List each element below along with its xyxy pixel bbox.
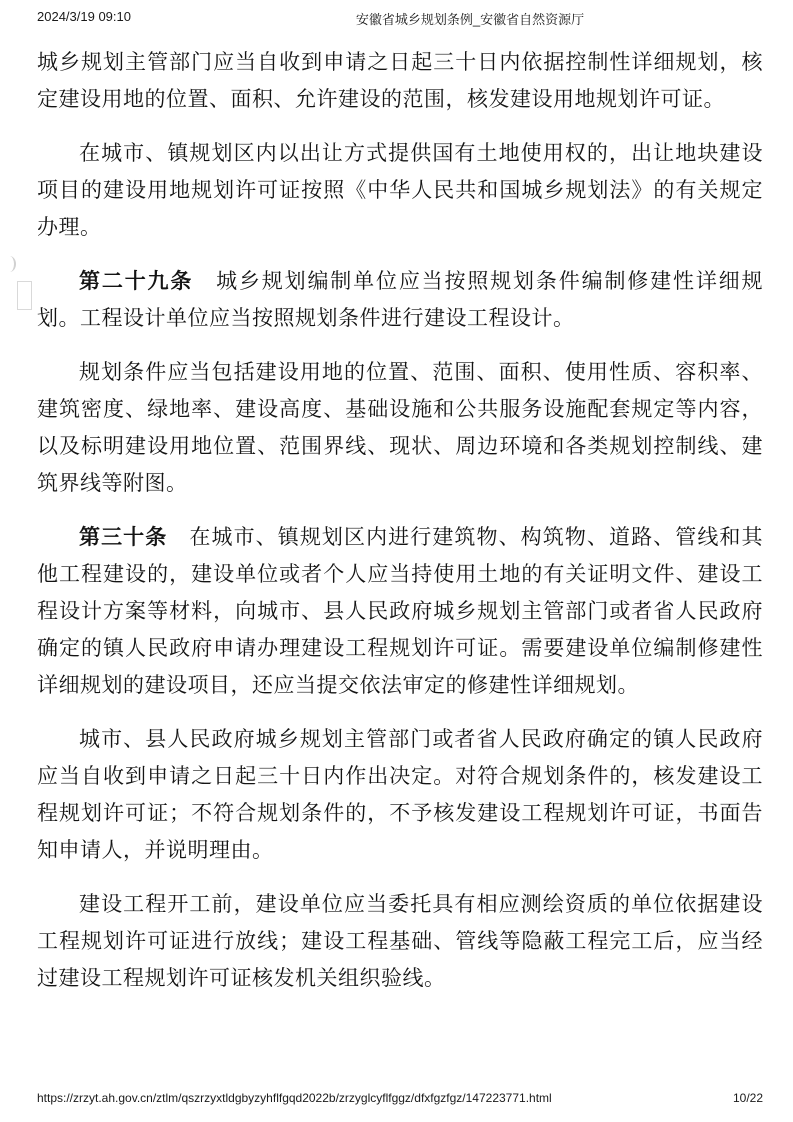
scan-artifact-mark xyxy=(7,256,16,272)
paragraph-text: 建设工程开工前，建设单位应当委托具有相应测绘资质的单位依据建设工程规划许可证进行… xyxy=(37,892,763,990)
paragraph: 城市、县人民政府城乡规划主管部门或者省人民政府确定的镇人民政府应当自收到申请之日… xyxy=(37,721,763,869)
paragraph-text: 在城市、镇规划区内以出让方式提供国有土地使用权的，出让地块建设项目的建设用地规划… xyxy=(37,141,763,239)
page-number-indicator: 10/22 xyxy=(733,1091,763,1105)
print-footer-url: https://zrzyt.ah.gov.cn/ztlm/qszrzyxtldg… xyxy=(37,1091,552,1105)
paragraph-article-30: 第三十条 在城市、镇规划区内进行建筑物、构筑物、道路、管线和其他工程建设的，建设… xyxy=(37,519,763,704)
paragraph-text: 城乡规划主管部门应当自收到申请之日起三十日内依据控制性详细规划，核定建设用地的位… xyxy=(37,50,763,111)
printed-document-page: 2024/3/19 09:10 安徽省城乡规划条例_安徽省自然资源厅 城乡规划主… xyxy=(0,0,793,1122)
paragraph-text: 城市、县人民政府城乡规划主管部门或者省人民政府确定的镇人民政府应当自收到申请之日… xyxy=(37,727,763,862)
article-number-label: 第二十九条 xyxy=(79,269,193,293)
paragraph-text: 在城市、镇规划区内进行建筑物、构筑物、道路、管线和其他工程建设的，建设单位或者个… xyxy=(37,525,763,697)
print-header: 2024/3/19 09:10 安徽省城乡规划条例_安徽省自然资源厅 xyxy=(0,0,793,32)
print-timestamp: 2024/3/19 09:10 xyxy=(37,9,131,24)
paragraph: 建设工程开工前，建设单位应当委托具有相应测绘资质的单位依据建设工程规划许可证进行… xyxy=(37,886,763,997)
paragraph: 规划条件应当包括建设用地的位置、范围、面积、使用性质、容积率、建筑密度、绿地率、… xyxy=(37,354,763,502)
paragraph: 在城市、镇规划区内以出让方式提供国有土地使用权的，出让地块建设项目的建设用地规划… xyxy=(37,135,763,246)
document-title: 安徽省城乡规划条例_安徽省自然资源厅 xyxy=(356,9,584,28)
paragraph-article-29: 第二十九条 城乡规划编制单位应当按照规划条件编制修建性详细规划。工程设计单位应当… xyxy=(37,263,763,337)
paragraph-text: 规划条件应当包括建设用地的位置、范围、面积、使用性质、容积率、建筑密度、绿地率、… xyxy=(37,360,763,495)
paragraph: 城乡规划主管部门应当自收到申请之日起三十日内依据控制性详细规划，核定建设用地的位… xyxy=(37,44,763,118)
article-number-label: 第三十条 xyxy=(79,525,167,549)
scan-artifact-box xyxy=(17,281,32,310)
document-body: 城乡规划主管部门应当自收到申请之日起三十日内依据控制性详细规划，核定建设用地的位… xyxy=(37,44,763,1014)
